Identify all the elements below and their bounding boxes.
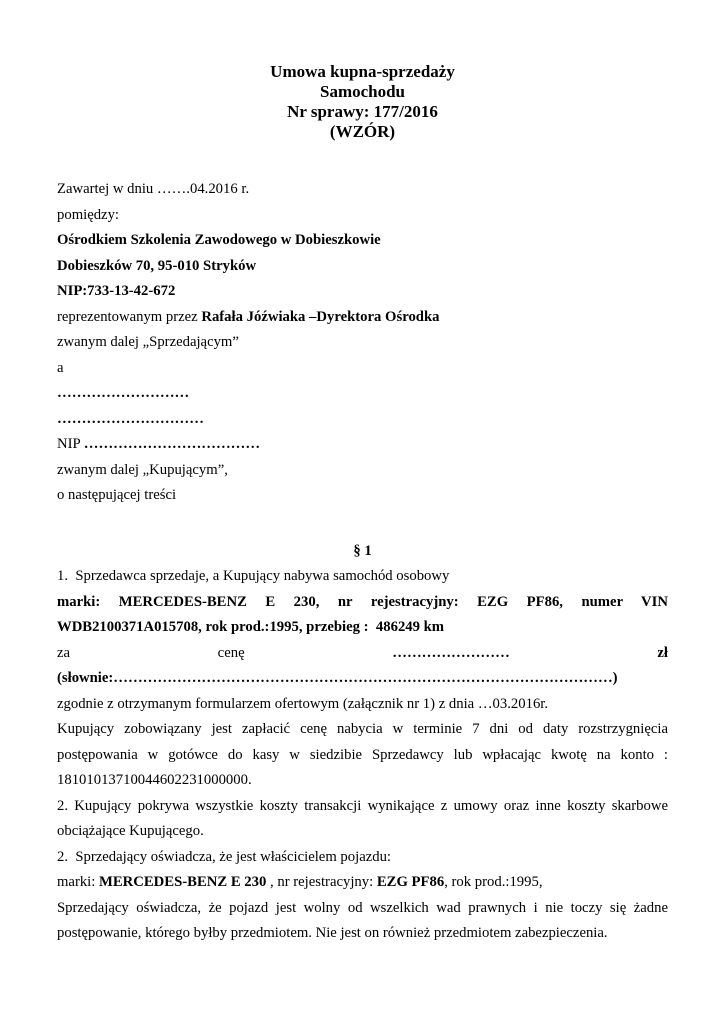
document-body: Zawartej w dniu …….04.2016 r. pomiędzy: … [57, 177, 668, 947]
contract-document-page: Umowa kupna-sprzedaży Samochodu Nr spraw… [0, 0, 725, 1024]
costs-clause-line-1: 2. Kupujący pokrywa wszystkie koszty tra… [57, 794, 668, 820]
preamble-close-line: o następującej treści [57, 483, 668, 509]
buyer-nip-label: NIP [57, 436, 80, 452]
date-line: Zawartej w dniu …….04.2016 r. [57, 177, 668, 203]
buyer-address-blank: ………………………… [57, 407, 668, 433]
seller-nip: NIP:733-13-42-672 [57, 279, 668, 305]
costs-clause-line-2: obciążające Kupującego. [57, 819, 668, 845]
seller-address: Dobieszków 70, 95-010 Stryków [57, 254, 668, 280]
car-details-line-1: marki: MERCEDES-BENZ E 230, nr rejestrac… [57, 590, 668, 616]
buyer-nip-blank: ……………………………… [84, 436, 260, 452]
warranty-line-1: Sprzedający oświadcza, że pojazd jest wo… [57, 896, 668, 922]
bank-account-line: 18101013710044602231000000. [57, 768, 668, 794]
conjunction-line: a [57, 356, 668, 382]
price-in-words-blank: (słownie:…………………………………………………………………………………… [57, 670, 618, 686]
represented-by-text: reprezentowanym przez [57, 309, 198, 325]
price-line: za cenę …………………… zł (słownie:……………………………… [57, 641, 668, 692]
car-summary-reg-label: , nr rejestracyjny: [270, 874, 373, 890]
car-summary-year: , rok prod.:1995, [444, 874, 542, 890]
car-details-line-2: WDB2100371A015708, rok prod.:1995, przeb… [57, 615, 668, 641]
buyer-name-blank: ……………………… [57, 381, 668, 407]
offer-form-line: zgodnie z otrzymanym formularzem ofertow… [57, 692, 668, 718]
car-summary-line: marki: MERCEDES-BENZ E 230 , nr rejestra… [57, 870, 668, 896]
car-summary-label: marki: [57, 874, 95, 890]
document-title: Umowa kupna-sprzedaży Samochodu Nr spraw… [57, 62, 668, 142]
clause-1-sale-line: 1. Sprzedawca sprzedaje, a Kupujący naby… [57, 564, 668, 590]
representative-name: Rafała Jóźwiaka –Dyrektora Ośrodka [201, 309, 439, 325]
buyer-alias-line: zwanym dalej „Kupującym”, [57, 458, 668, 484]
title-line-2: Samochodu [57, 82, 668, 102]
seller-name: Ośrodkiem Szkolenia Zawodowego w Dobiesz… [57, 228, 668, 254]
title-line-1: Umowa kupna-sprzedaży [57, 62, 668, 82]
price-amount-blank: …………………… [392, 645, 510, 661]
between-line: pomiędzy: [57, 203, 668, 229]
price-label: za cenę [57, 645, 245, 661]
title-line-4: (WZÓR) [57, 122, 668, 142]
warranty-line-2: postępowanie, którego byłby przedmiotem.… [57, 921, 668, 947]
title-line-3: Nr sprawy: 177/2016 [57, 102, 668, 122]
payment-terms-line-2: postępowania w gotówce do kasy w siedzib… [57, 743, 668, 769]
seller-alias-line: zwanym dalej „Sprzedającym” [57, 330, 668, 356]
owner-clause-line: 2. Sprzedający oświadcza, że jest właści… [57, 845, 668, 871]
car-summary-make: MERCEDES-BENZ E 230 [99, 874, 266, 890]
buyer-nip-line: NIP ……………………………… [57, 432, 668, 458]
price-currency: zł [657, 645, 668, 661]
car-summary-reg-number: EZG PF86 [377, 874, 444, 890]
payment-terms-line-1: Kupujący zobowiązany jest zapłacić cenę … [57, 717, 668, 743]
representative-line: reprezentowanym przez Rafała Jóźwiaka –D… [57, 305, 668, 331]
section-1-heading: § 1 [57, 539, 668, 565]
